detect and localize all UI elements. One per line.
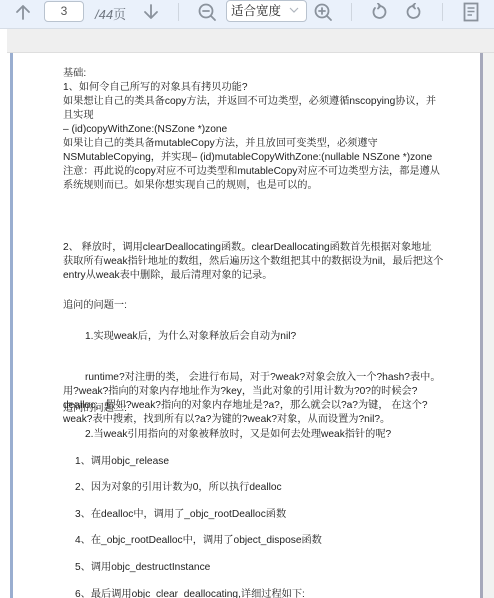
rotate-cw-icon (405, 3, 423, 21)
code-line: – (id)copyWithZone:(NSZone *)zone (63, 123, 435, 137)
page-total-label: /44页 (95, 4, 126, 23)
section-heading: 追问的问题二: (63, 402, 435, 416)
zoom-in-icon (313, 2, 333, 22)
paragraph-line: 注意：再此说的copy对应不可边类型和mutableCopy对应不可边类型方法，… (63, 165, 435, 179)
rotate-left-button[interactable] (368, 0, 390, 24)
step-item: 1、调用objc_release (63, 455, 435, 469)
paragraph-line: NSMutableCopying，并实现– (id)mutableCopyWit… (63, 151, 435, 165)
question-text: 1、如何令自己所写的对象具有拷贝功能? (63, 81, 435, 95)
step-text: 2、因为对象的引用计数为0，所以执行dealloc (63, 481, 435, 495)
step-item: 2、因为对象的引用计数为0，所以执行dealloc (63, 481, 435, 495)
step-item: 4、在_objc_rootDealloc中，调用了object_dispose函… (63, 534, 435, 548)
toolbar-separator (351, 3, 352, 21)
question-text: 2.当weak引用指向的对象被释放时，又是如何去处理weak指针的呢? (63, 428, 435, 442)
next-page-button[interactable] (140, 0, 162, 24)
document-outline-icon (463, 2, 479, 22)
paragraph-line: 如果让自己的类具备mutableCopy方法，并且放回可变类型，必须遵守 (63, 137, 435, 151)
section-heading: 基础: (63, 67, 435, 81)
zoom-out-icon (197, 2, 217, 22)
section-heading: 追问的问题一: (63, 299, 435, 313)
paragraph-line: 2、 释放时，调用clearDeallocating函数。clearDeallo… (63, 241, 435, 255)
step-text: 6、最后调用objc_clear_deallocating,详细过程如下: (63, 588, 435, 598)
page-suffix: 页 (113, 7, 126, 22)
chevron-down-icon (288, 4, 300, 16)
step-item: 6、最后调用objc_clear_deallocating,详细过程如下: (63, 588, 435, 598)
section-basics: 基础: 1、如何令自己所写的对象具有拷贝功能? 如果想让自己的类具备copy方法… (63, 67, 435, 193)
step-text: 1、调用objc_release (63, 455, 435, 469)
step-text: 4、在_objc_rootDealloc中，调用了object_dispose函… (63, 534, 435, 548)
viewer-header-band (7, 29, 494, 53)
paragraph-line: 如果想让自己的类具备copy方法，并返回不可边类型，必须遵循nscopying协… (63, 95, 435, 109)
arrow-up-icon (14, 3, 32, 21)
question-text: 1.实现weak后，为什么对象释放后会自动为nil? (63, 330, 435, 344)
prev-page-button[interactable] (12, 0, 34, 24)
step-text: 5、调用objc_destructInstance (63, 561, 435, 575)
step-item: 3、在dealloc中，调用了_objc_rootDealloc函数 (63, 508, 435, 522)
followup-two-heading: 追问的问题二: (63, 402, 435, 416)
document-view-button[interactable] (462, 0, 480, 24)
paragraph-line: 用?weak?指向的对象内存地址作为?key，当此对象的引用计数为?0?的时候会… (63, 385, 435, 399)
step-text: 3、在dealloc中，调用了_objc_rootDealloc函数 (63, 508, 435, 522)
pdf-toolbar: /44页 适合宽度 (0, 0, 494, 29)
page-total-count: /44 (95, 7, 113, 22)
followup-one-heading: 追问的问题一: (63, 299, 435, 313)
zoom-mode-value: 适合宽度 (231, 4, 281, 18)
paragraph-line: 获取所有weak指针地址的数组，然后遍历这个数组把其中的数据设为nil，最后把这… (63, 255, 435, 269)
zoom-in-button[interactable] (312, 0, 334, 24)
paragraph-line: 且实现 (63, 109, 435, 123)
paragraph-line: entry从weak表中删除，最后清理对象的记录。 (63, 269, 435, 283)
step-item: 5、调用objc_destructInstance (63, 561, 435, 575)
arrow-down-icon (142, 3, 160, 21)
zoom-mode-select[interactable]: 适合宽度 (226, 0, 307, 22)
followup-one-question: 1.实现weak后，为什么对象释放后会自动为nil? (63, 330, 435, 344)
toolbar-separator (442, 3, 443, 21)
rotate-ccw-icon (370, 3, 388, 21)
zoom-out-button[interactable] (196, 0, 218, 24)
section-release: 2、 释放时，调用clearDeallocating函数。clearDeallo… (63, 241, 435, 283)
followup-one-answer: runtime?对注册的类， 会进行布局，对于?weak?对象会放入一个?has… (63, 371, 435, 427)
paragraph-line: runtime?对注册的类， 会进行布局，对于?weak?对象会放入一个?has… (63, 371, 435, 385)
vertical-scrollbar-track[interactable] (483, 53, 494, 598)
toolbar-separator (178, 3, 179, 21)
followup-two-question: 2.当weak引用指向的对象被释放时，又是如何去处理weak指针的呢? (63, 428, 435, 442)
page-number-input[interactable] (44, 1, 84, 22)
rotate-right-button[interactable] (403, 0, 425, 24)
paragraph-line: 系统规则而已。如果你想实现自己的规则，也是可以的。 (63, 179, 435, 193)
